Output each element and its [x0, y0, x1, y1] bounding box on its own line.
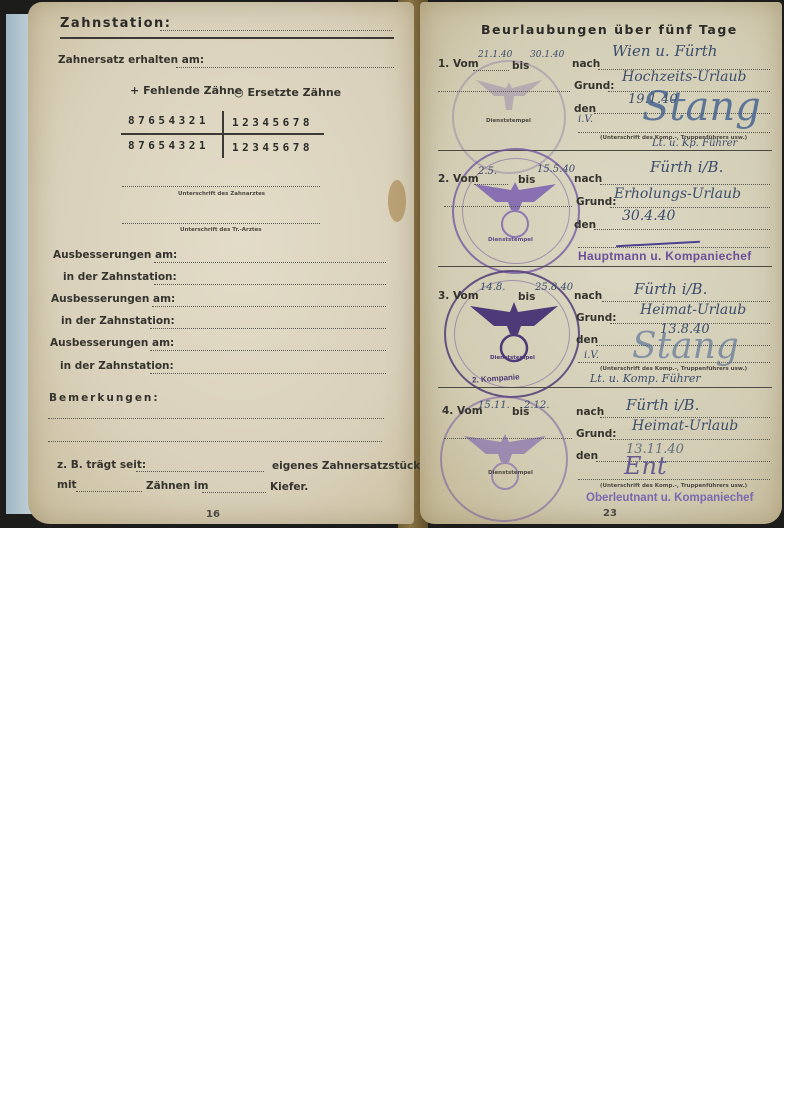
dotted-line — [76, 491, 142, 492]
stamp-caption: Dienststempel — [490, 355, 535, 361]
entry-1-rank: Lt. u. Kp. Führer — [652, 138, 737, 149]
dotted-line — [438, 91, 570, 92]
entry-3-reason: Heimat-Urlaub — [640, 302, 746, 318]
page-number-right: 23 — [603, 508, 617, 519]
circle-icon: ○ — [234, 86, 244, 99]
dotted-line — [154, 284, 386, 285]
entry-3-from-date: 14.8. — [480, 282, 505, 293]
dotted-line — [150, 328, 386, 329]
dotted-line — [610, 439, 770, 440]
entry-3-number-from: 3. Vom — [438, 290, 479, 302]
teeth-upper-left-quadrant: 12345678 — [232, 116, 313, 129]
entry-1-reason: Hochzeits-Urlaub — [622, 69, 746, 85]
dotted-line — [48, 441, 382, 442]
dotted-line — [474, 184, 508, 185]
entry-2-rank-stamp: Hauptmann u. Kompaniechef — [578, 249, 752, 263]
dotted-line — [202, 492, 266, 493]
footer-teeth-in-label: Zähnen im — [146, 480, 208, 492]
teeth-chart-vertical — [222, 111, 224, 158]
footer-with-label: mit — [57, 479, 77, 491]
dotted-line — [594, 229, 770, 230]
stamp-caption: Dienststempel — [488, 470, 533, 476]
dotted-line — [150, 373, 386, 374]
dotted-line — [176, 67, 394, 68]
teeth-lower-left-quadrant: 12345678 — [232, 141, 313, 154]
repair-2-date-label: Ausbesserungen am: — [51, 293, 175, 305]
entry-3-to-date: 25.8.40 — [535, 282, 573, 293]
entry-4-destination: Fürth i/B. — [626, 396, 699, 414]
entry-2-reason: Erholungs-Urlaub — [614, 186, 741, 202]
signature-caption: (Unterschrift des Komp.-, Truppenführers… — [600, 483, 747, 489]
entry-4-rank-stamp: Oberleutnant u. Kompaniechef — [586, 492, 753, 504]
to-label: bis — [518, 291, 535, 303]
repair-1-date-label: Ausbesserungen am: — [53, 249, 177, 261]
dotted-line — [578, 362, 770, 363]
dotted-line — [152, 306, 386, 307]
entry-1-from-date: 21.1.40 — [478, 50, 512, 60]
dotted-line — [48, 418, 384, 419]
entry-3-signature: Stang — [632, 326, 739, 367]
entry-4-number-from: 4. Vom — [442, 405, 483, 417]
dotted-line — [473, 70, 509, 71]
footer-denture-piece-label: eigenes Zahnersatzstück — [272, 460, 420, 472]
entry-4-from-date: 15.11. — [478, 400, 510, 411]
document-photo: Zahnstation: Zahnersatz erhalten am: + F… — [0, 0, 784, 528]
entry-2-number-from: 2. Vom — [438, 173, 479, 185]
entry-1-to-date: 30.1.40 — [530, 50, 564, 60]
date-label: den — [576, 450, 598, 462]
destination-label: nach — [574, 173, 602, 185]
teeth-upper-right-quadrant: 87654321 — [128, 114, 209, 127]
eagle-emblem-icon — [474, 74, 544, 114]
title-rule — [60, 37, 394, 39]
entry-3-rank: Lt. u. Komp. Führer — [590, 372, 701, 385]
missing-teeth-legend: + Fehlende Zähne — [130, 84, 242, 97]
destination-label: nach — [572, 58, 600, 70]
dotted-line — [600, 184, 770, 185]
date-label: den — [574, 219, 596, 231]
dotted-line — [596, 461, 770, 462]
entry-1-destination: Wien u. Fürth — [612, 42, 717, 60]
date-label: den — [576, 334, 598, 346]
doctor-signature-caption: Unterschrift des Tr.-Arztes — [180, 227, 262, 233]
dotted-line — [160, 30, 392, 31]
repair-3-date-label: Ausbesserungen am: — [50, 337, 174, 349]
dotted-line — [444, 438, 572, 439]
left-page — [28, 2, 414, 524]
dotted-line — [578, 479, 770, 480]
dotted-line — [122, 223, 320, 224]
dotted-line — [578, 247, 770, 248]
entry-4-to-date: 2.12. — [524, 400, 549, 411]
entry-2-from-date: 2.5. — [478, 166, 497, 177]
entry-2-destination: Fürth i/B. — [650, 158, 723, 176]
entry-1-signature-prefix: i.V. — [578, 114, 593, 125]
entry-divider — [438, 150, 772, 151]
entry-divider — [438, 387, 772, 388]
entry-2-issue-date: 30.4.40 — [622, 208, 675, 224]
footer-jaw-label: Kiefer. — [270, 481, 308, 493]
stamp-caption: Dienststempel — [486, 118, 531, 124]
leave-title: Beurlaubungen über fünf Tage — [481, 22, 738, 37]
entry-1-signature: Stang — [642, 84, 761, 130]
eagle-emblem-icon — [460, 432, 550, 492]
paper-stain — [388, 180, 406, 222]
repair-2-station-label: in der Zahnstation: — [61, 315, 175, 327]
plus-icon: + — [130, 84, 139, 97]
page-number-left: 16 — [206, 509, 220, 520]
dentist-signature-caption: Unterschrift des Zahnarztes — [178, 191, 265, 197]
repair-3-station-label: in der Zahnstation: — [60, 360, 174, 372]
entry-2-to-date: 15.5.40 — [537, 164, 575, 175]
dotted-line — [150, 350, 386, 351]
dental-station-title: Zahnstation: — [60, 16, 172, 31]
dotted-line — [136, 471, 264, 472]
to-label: bis — [518, 174, 535, 186]
entry-3-signature-prefix: i.V. — [584, 350, 599, 361]
eagle-emblem-icon — [470, 180, 560, 240]
entry-divider — [438, 266, 772, 267]
repair-1-station-label: in der Zahnstation: — [63, 271, 177, 283]
entry-1-number-from: 1. Vom — [438, 58, 479, 70]
footer-wears-since-label: z. B. trägt seit: — [57, 459, 146, 471]
entry-4-reason: Heimat-Urlaub — [632, 418, 738, 434]
dotted-line — [444, 206, 572, 207]
remarks-label: Bemerkungen: — [49, 392, 160, 404]
entry-3-destination: Fürth i/B. — [634, 280, 707, 298]
dotted-line — [154, 262, 386, 263]
denture-received-label: Zahnersatz erhalten am: — [58, 54, 204, 66]
stamp-caption: Dienststempel — [488, 237, 533, 243]
dotted-line — [578, 132, 770, 133]
dotted-line — [122, 186, 320, 187]
entry-4-signature: Ent — [624, 452, 667, 480]
teeth-lower-right-quadrant: 87654321 — [128, 139, 209, 152]
replaced-teeth-legend: ○ Ersetzte Zähne — [234, 86, 341, 99]
destination-label: nach — [574, 290, 602, 302]
to-label: bis — [512, 60, 529, 72]
